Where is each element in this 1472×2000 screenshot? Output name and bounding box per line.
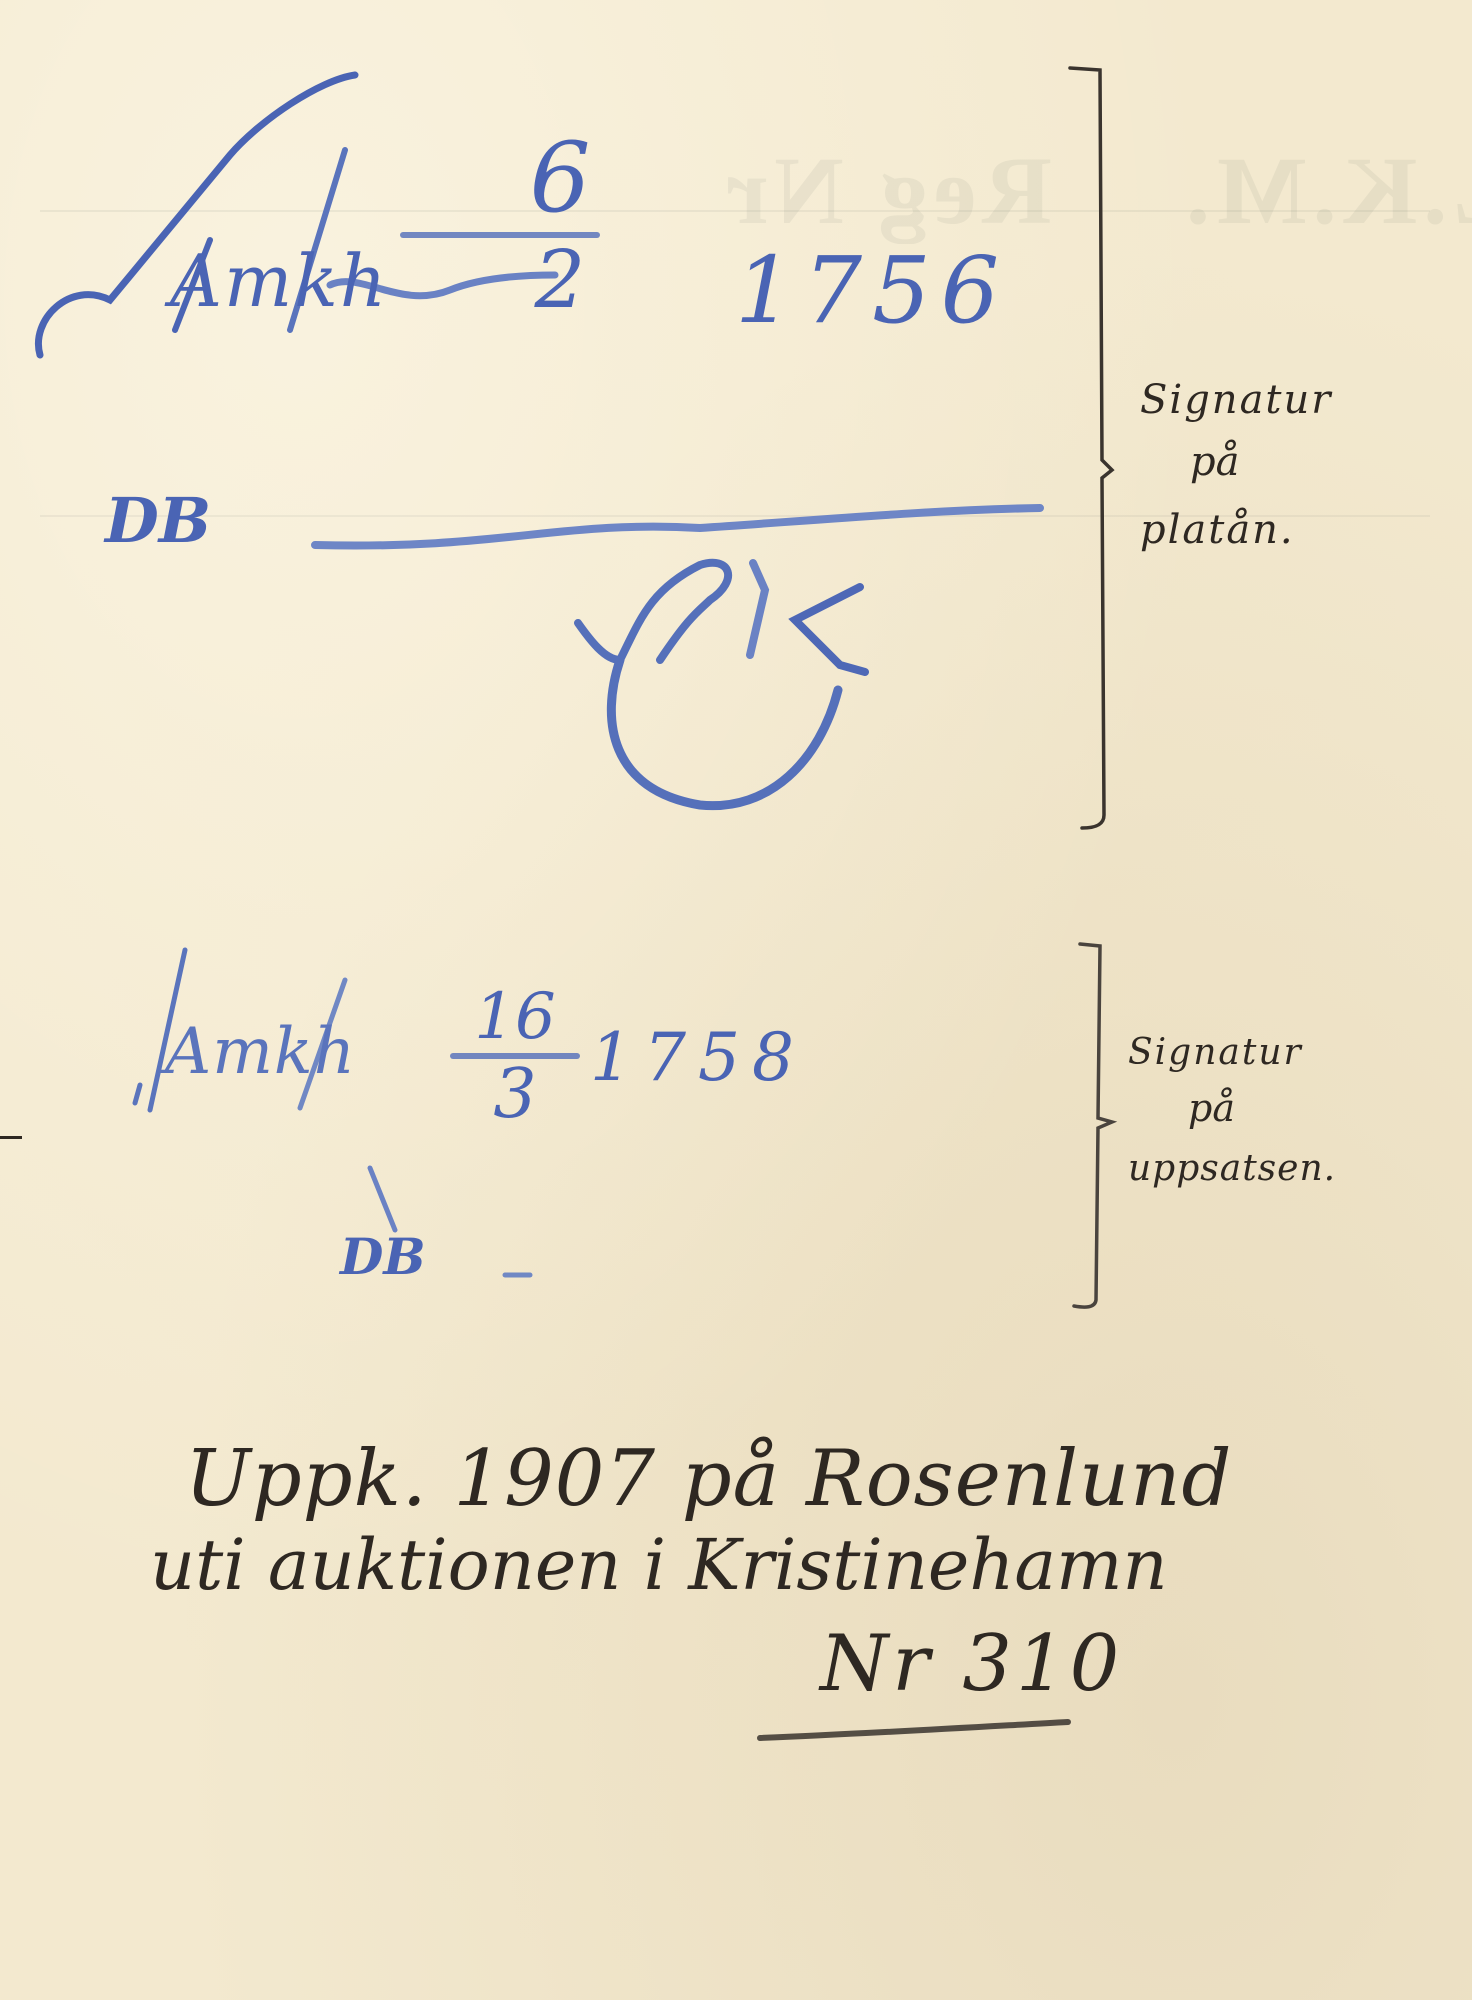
fraction-bottom: 2 [535,240,586,320]
signature-date-fraction: 6 2 [520,130,600,320]
signature-stand-initials: DB [340,1232,426,1282]
annotation-stand-line-2: på [1188,1089,1336,1127]
signature-stand-year: 1758 [590,1025,806,1091]
annotation-stand: Signatur på uppsatsen. [1128,1035,1336,1187]
annotation-plate-line-2: på [1190,442,1332,482]
annotation-stand-line-3: uppsatsen. [1128,1151,1336,1187]
note-line-1: Uppk. 1907 på Rosenlund [185,1440,1232,1518]
note-line-3: Nr 310 [820,1625,1123,1703]
annotation-stand-line-1: Signatur [1128,1035,1336,1071]
annotation-plate-line-3: platån. [1140,510,1332,550]
fraction-stand-bottom: 3 [493,1061,536,1129]
annotation-plate: Signatur på platån. [1140,380,1332,550]
signature-stand-name: Amkh [165,1020,356,1084]
bleed-through-print-2: Reg Nr [720,135,1052,246]
fraction-top: 6 [529,130,590,226]
margin-mark [0,1136,22,1139]
note-line-2: uti auktionen i Kristinehamn [150,1530,1168,1600]
fraction-stand-bar [450,1053,580,1059]
bleed-through-rule-1 [40,210,1430,212]
signature-year: 1756 [735,245,1009,337]
signature-initials: DB [105,490,211,552]
fraction-bar [400,232,600,238]
signature-stand-fraction: 16 3 [450,985,580,1129]
fraction-stand-top: 16 [474,985,555,1049]
document-sheet: L.K.M. Reg Nr Amkh 6 2 1756 DB BK [0,0,1472,2000]
annotation-plate-line-1: Signatur [1140,380,1332,420]
bleed-through-print-1: L.K.M. [1180,135,1472,246]
note-underline [0,0,1,1]
signature-name: Amkh [170,245,388,317]
